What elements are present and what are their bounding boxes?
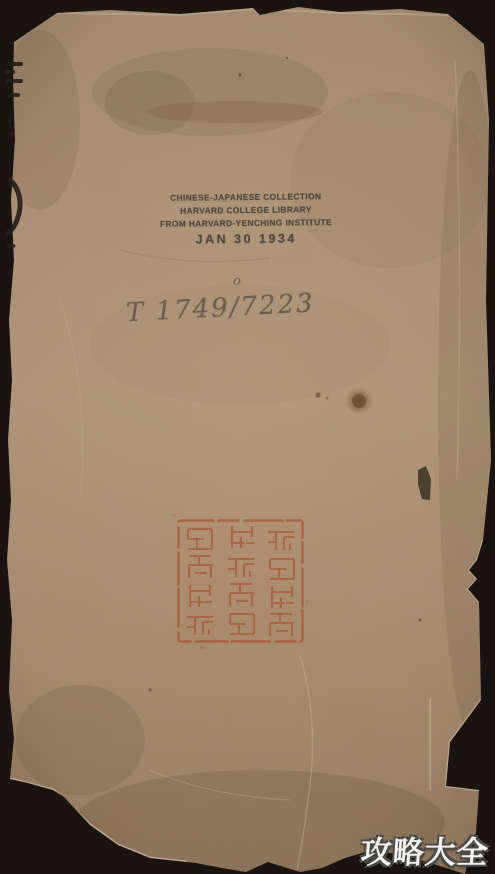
- book-cover-scan: CHINESE-JAPANESE COLLECTION HARVARD COLL…: [0, 0, 495, 874]
- library-stamp: CHINESE-JAPANESE COLLECTION HARVARD COLL…: [148, 190, 345, 248]
- aged-paper-cover: [0, 0, 495, 874]
- stamp-date: JAN 30 1934: [148, 231, 344, 248]
- chinese-red-seal: [172, 514, 309, 649]
- watermark-text: 攻略大全: [359, 827, 490, 872]
- edge-vignette: [0, 0, 495, 874]
- stamp-line-institute: FROM HARVARD-YENCHING INSTITUTE: [150, 216, 342, 231]
